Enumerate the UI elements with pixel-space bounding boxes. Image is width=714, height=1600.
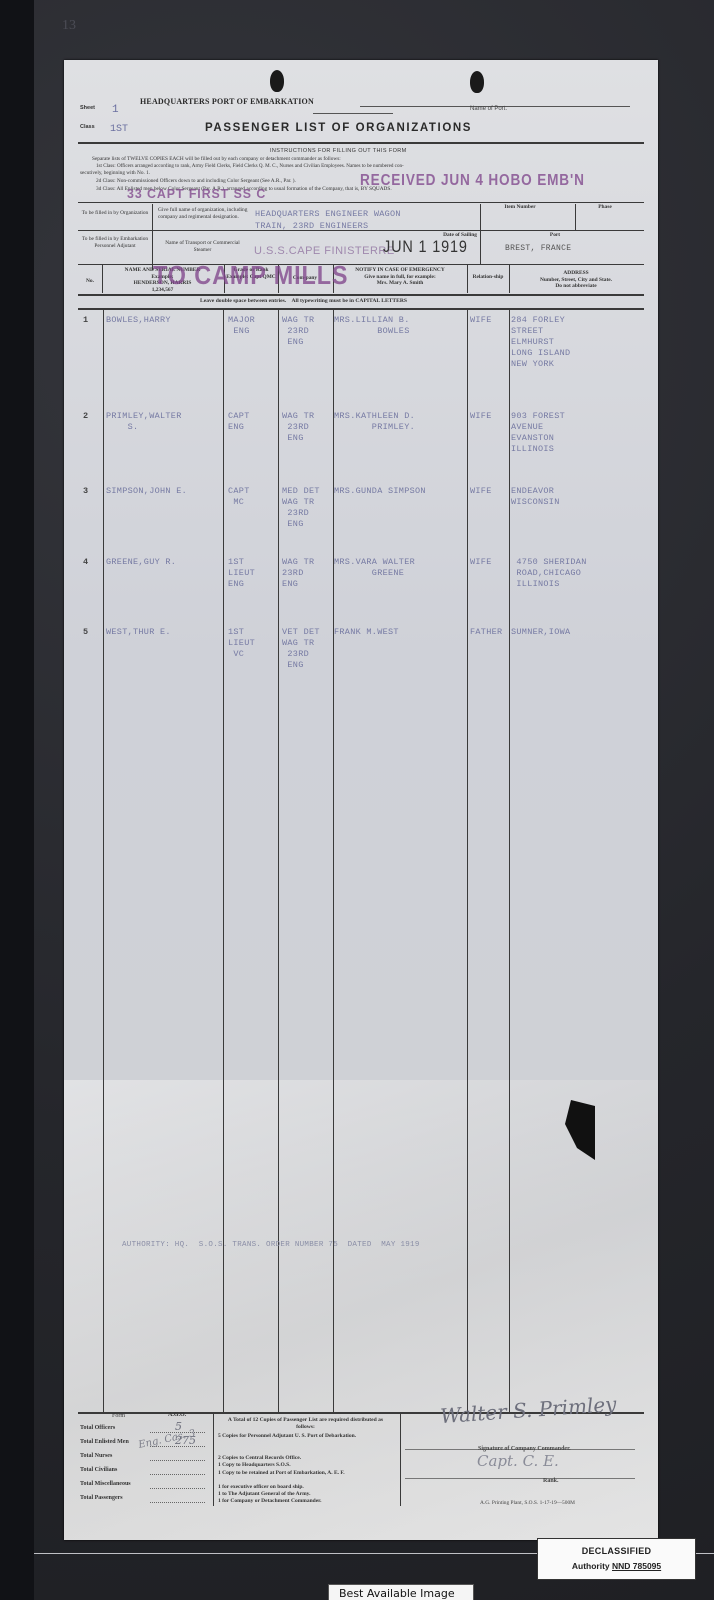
received-stamp: RECEIVED JUN 4 HOBO EMB'N [360,172,585,190]
distribution-item: 5 Copies for Personnel Adjutant U. S. Po… [218,1433,396,1440]
cell-address: SUMNER,IOWA [511,627,570,638]
cell-company: WAG TR 23RD ENG [282,411,314,444]
distribution-title: A Total of 12 Copies of Passenger List a… [218,1417,393,1431]
cell-notify: MRS.KATHLEEN D. PRIMLEY. [334,411,415,433]
authority-line: AUTHORITY: HQ. S.O.S. TRANS. ORDER NUMBE… [122,1240,420,1251]
declassified-title: DECLASSIFIED [538,1546,695,1556]
filled-by-org-label: To be filled in by Organization [80,210,150,217]
scan-border [0,0,34,1600]
date-of-sailing-value: JUN 1 1919 [383,237,468,257]
divider [694,1553,714,1554]
cell-notify: MRS.LILLIAN B. BOWLES [334,315,410,337]
cell-relationship: WIFE [470,411,492,422]
distribution-item: 1 Copy to Headquarters S.O.S. [218,1462,396,1469]
total-line [150,1459,205,1461]
cell-address: 4750 SHERIDAN ROAD,CHICAGO ILLINOIS [511,557,587,590]
divider [509,265,510,293]
total-label: Total Civilians [80,1467,117,1473]
col-header-notify: NOTIFY IN CASE OF EMERGENCY Give name in… [335,267,465,287]
col-header-relationship: Relation-ship [468,274,508,281]
cell-notify: FRANK M.WEST [334,627,399,638]
divider [313,113,393,114]
punch-hole-icon [470,71,484,93]
authority-code: NND 785095 [612,1561,661,1571]
class-value: 1ST [110,124,128,135]
cell-notify: MRS.GUNDA SIMPSON [334,486,426,497]
typing-notice: Leave double space between entries. All … [200,298,407,304]
col-header-address: ADDRESS Number, Street, City and State. … [512,270,640,290]
col-header-notify-example: Mrs. Mary A. Smith [335,280,465,287]
divider [480,230,481,265]
transport-label: Name of Transport or Commercial Steamer [160,240,245,253]
cell-address: 903 FOREST AVENUE EVANSTON ILLINOIS [511,411,565,455]
form-value: A.G.O. [168,1412,186,1418]
divider [34,1553,537,1554]
transport-value: U.S.S.CAPE FINISTERRE [254,245,395,257]
divider [78,202,644,203]
cell-rank: 1ST LIEUT ENG [228,557,255,590]
cell-company: WAG TR 23RD ENG [282,557,314,590]
port-label: Port [540,232,570,239]
divider [213,1414,214,1506]
punch-hole-icon [270,70,284,92]
rank-value: Capt. C. E. [477,1452,559,1470]
filled-by-adjutant-label: To be filled in by Embarkation Personnel… [80,236,150,249]
cell-name: BOWLES,HARRY [106,315,171,326]
divider [78,142,644,144]
page-marker: 13 [62,18,76,34]
total-label: Total Miscellaneous [80,1481,131,1487]
divider [78,294,644,296]
cell-company: VET DET WAG TR 23RD ENG [282,627,320,671]
unit-stamp: 33 CAPT FIRST SS C [127,186,266,201]
cell-address: 284 FORLEY STREET ELMHURST LONG ISLAND N… [511,315,570,370]
name-of-port-label: Name of Port. [470,106,507,112]
cell-name: SIMPSON,JOHN E. [106,486,187,497]
phase-label: Phase [585,204,625,211]
org-name-value: HEADQUARTERS ENGINEER WAGON [255,209,401,220]
printer-line: A.G. Printing Plant, S.O.S. 1-17-19—500M [480,1500,575,1506]
total-line [150,1501,205,1503]
divider [575,204,576,230]
form-label: Form [112,1413,125,1419]
distribution-item: 1 for executive officer on board ship. [218,1484,396,1491]
cell-no: 3 [83,486,88,497]
camp-mills-stamp: TO CAMP MILLS [153,260,348,291]
port-header: HEADQUARTERS PORT OF EMBARKATION [140,97,314,106]
cell-relationship: WIFE [470,486,492,497]
column-divider [509,310,510,1412]
cell-name: GREENE,GUY R. [106,557,176,568]
col-header-address-sub2: Do not abbreviate [512,283,640,290]
cell-rank: 1ST LIEUT VC [228,627,255,660]
authority-prefix: Authority [572,1561,612,1571]
instructions-line: 2d Class: Non-commissioned Officers down… [96,178,296,184]
instructions-line: secutively, beginning with No. 1. [80,170,150,176]
declassified-authority: Authority NND 785095 [538,1561,695,1571]
total-line [150,1473,205,1475]
cell-relationship: WIFE [470,315,492,326]
cell-company: WAG TR 23RD ENG [282,315,314,348]
distribution-item: 2 Copies to Central Records Office. [218,1455,396,1462]
cell-rank: CAPT MC [228,486,250,508]
total-label: Total Passengers [80,1495,123,1501]
sheet-value: 1 [112,104,119,116]
total-label: Total Nurses [80,1453,112,1459]
cell-no: 4 [83,557,88,568]
column-divider [103,310,104,1412]
cell-company: MED DET WAG TR 23RD ENG [282,486,320,530]
total-label: Total Enlisted Men [80,1439,129,1445]
cell-no: 2 [83,411,88,422]
org-name-label: Give full name of organization, includin… [158,207,248,220]
cell-name: WEST,THUR E. [106,627,171,638]
divider [400,1414,401,1506]
class-label: Class [80,124,95,130]
cell-address: ENDEAVOR WISCONSIN [511,486,560,508]
col-header-no: No. [80,278,100,285]
cell-notify: MRS.VARA WALTER GREENE [334,557,415,579]
distribution-item: 1 for Company or Detachment Commander. [218,1498,396,1505]
best-available-image-label: Best Available Image [328,1584,474,1600]
distribution-item: 1 to The Adjutant General of the Army. [218,1491,396,1498]
instructions-line: 1st Class: Officers arranged according t… [96,163,404,169]
divider [78,308,644,310]
rank-label: Rank. [543,1478,559,1484]
cell-name: PRIMLEY,WALTER S. [106,411,182,433]
divider [102,265,103,293]
cell-relationship: WIFE [470,557,492,568]
total-line [150,1487,205,1489]
cell-rank: MAJOR ENG [228,315,255,337]
page-title: PASSENGER LIST OF ORGANIZATIONS [205,122,472,134]
divider [480,204,481,230]
declassified-label: DECLASSIFIED Authority NND 785095 [537,1538,696,1580]
cell-rank: CAPT ENG [228,411,250,433]
item-number-label: Item Number [490,204,550,211]
cell-relationship: FATHER [470,627,502,638]
rank-line [405,1478,635,1479]
distribution-item: 1 Copy to be retained at Port of Embarka… [218,1470,396,1477]
cell-no: 1 [83,315,88,326]
port-value: BREST, FRANCE [505,243,571,254]
divider [78,230,644,231]
total-label: Total Officers [80,1425,115,1431]
instructions-title: INSTRUCTIONS FOR FILLING OUT THIS FORM [270,148,407,154]
column-divider [467,310,468,1412]
instructions-line: Separate lists of TWELVE COPIES EACH wil… [92,156,341,162]
sheet-label: Sheet [80,105,95,111]
cell-no: 5 [83,627,88,638]
